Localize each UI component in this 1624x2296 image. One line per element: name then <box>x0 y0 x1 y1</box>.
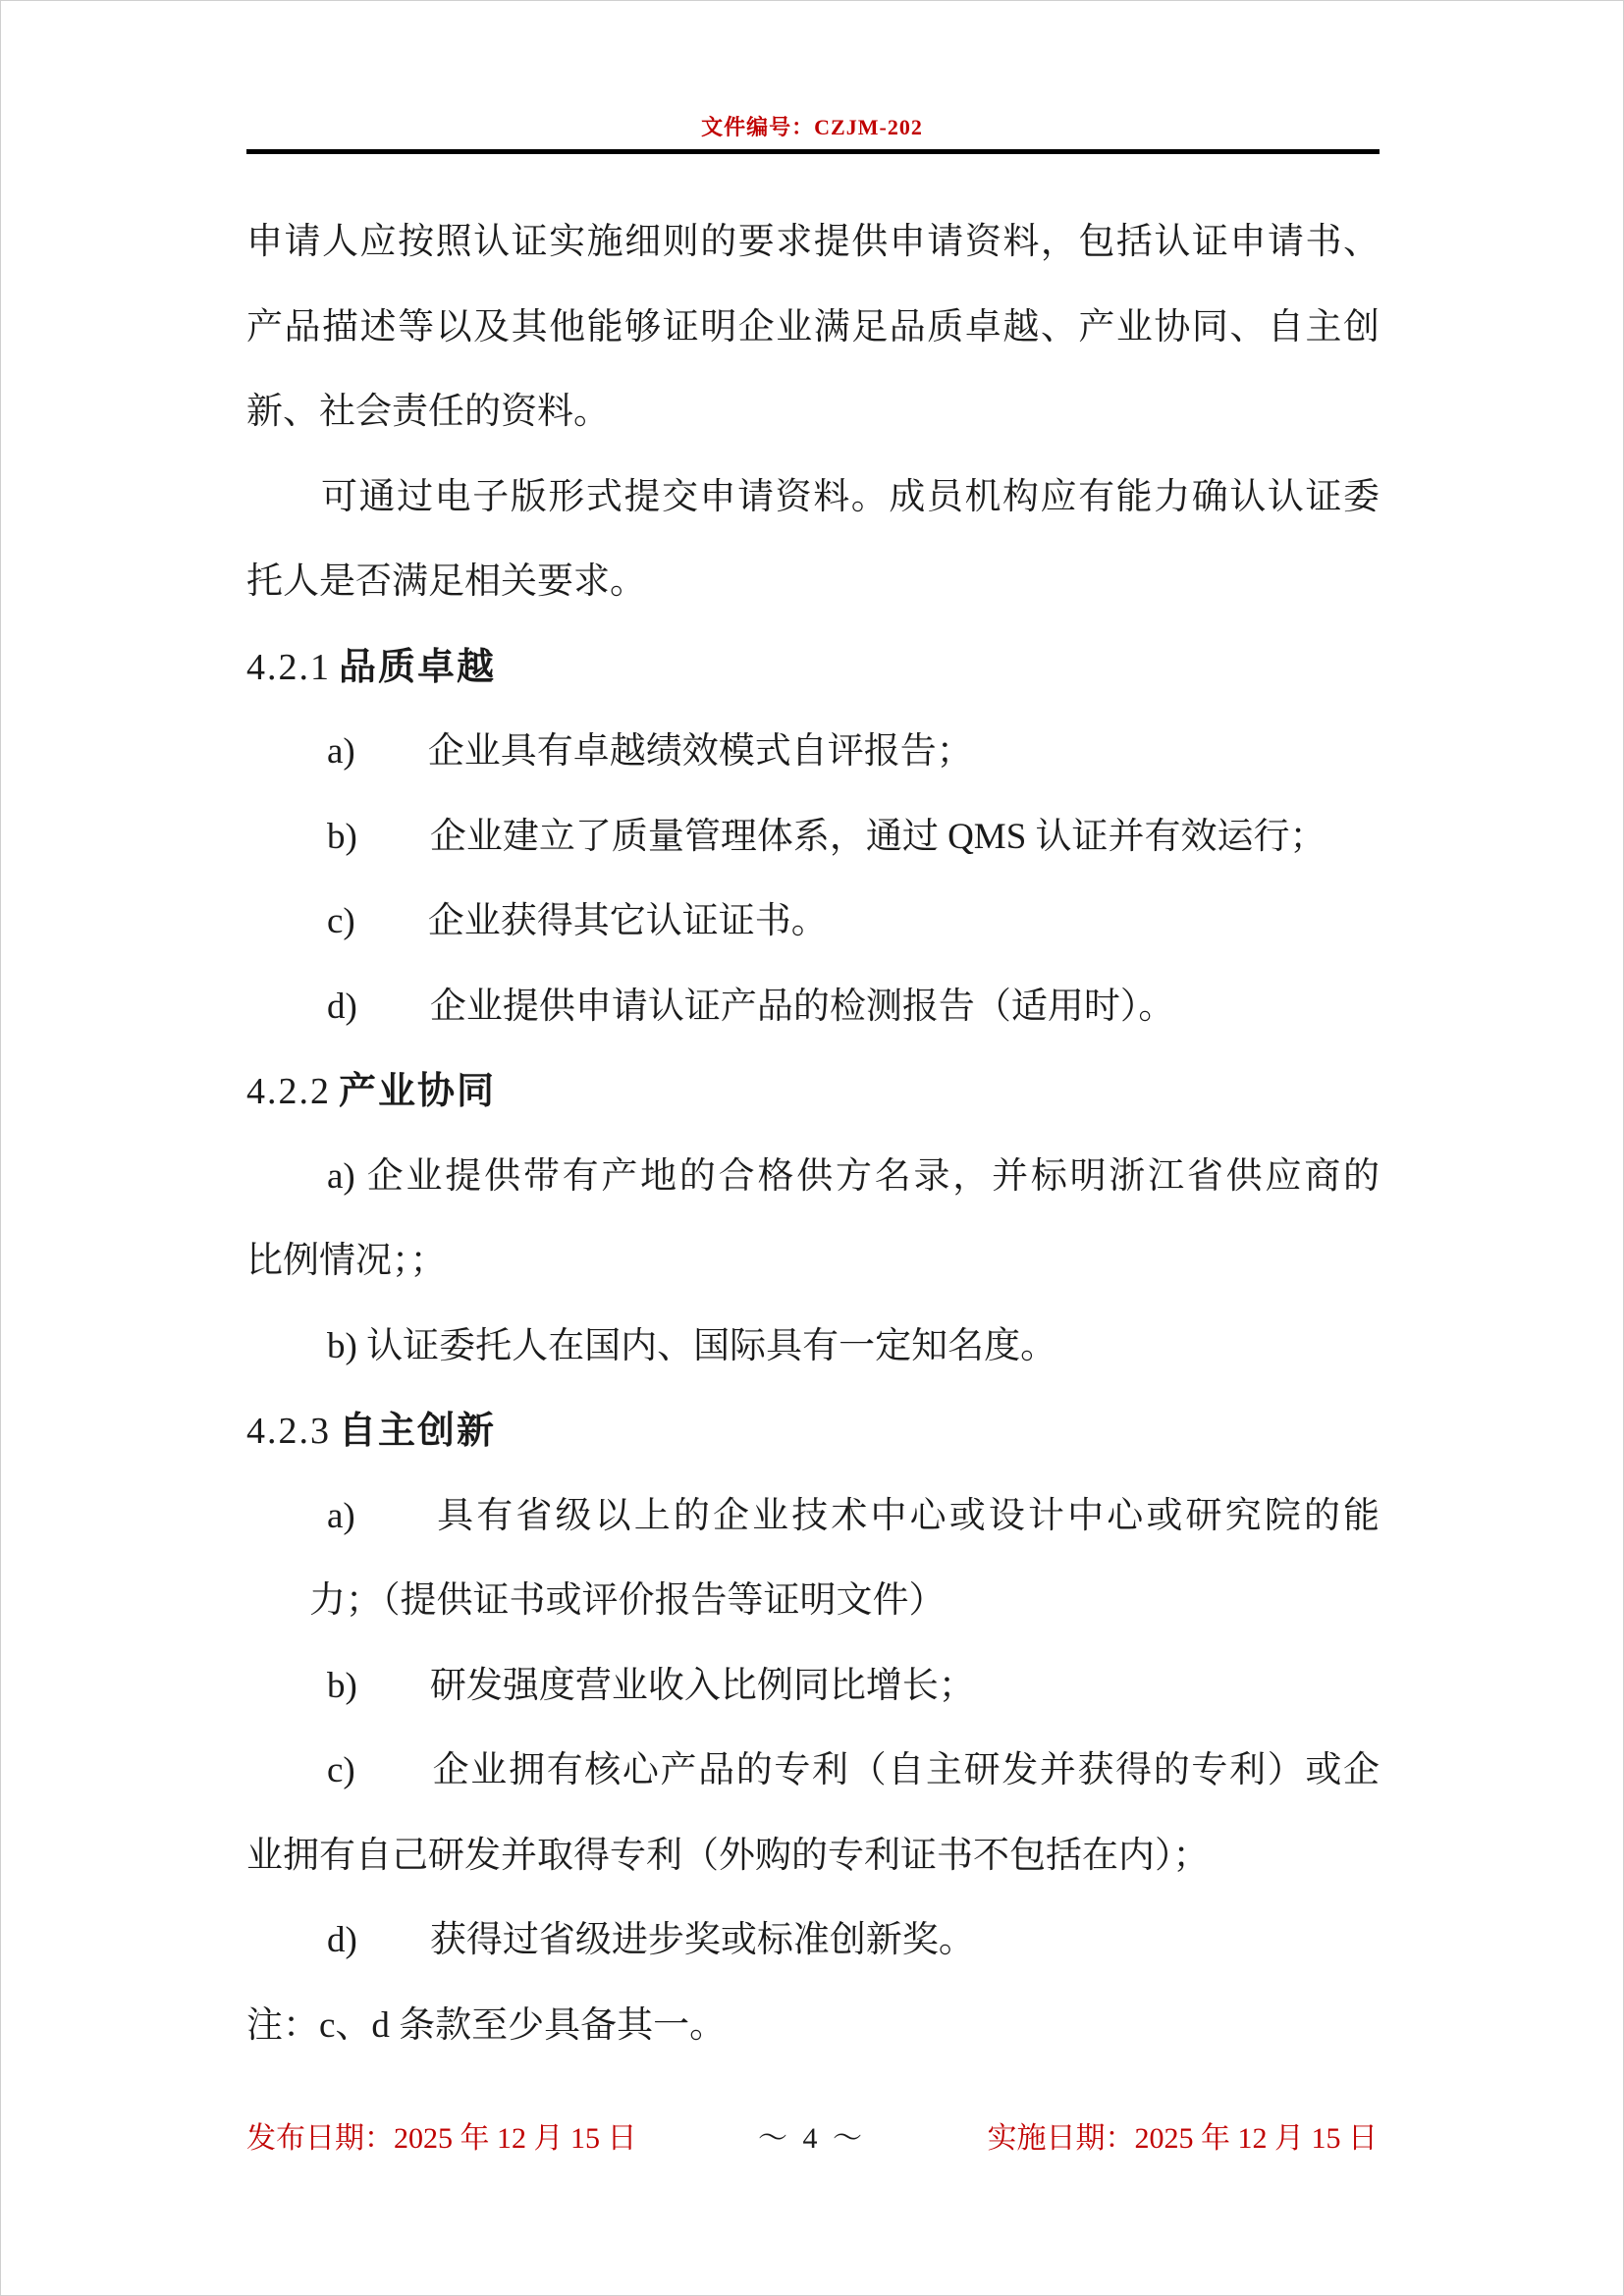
list-item-line: d) 企业提供申请认证产品的检测报告（适用时）。 <box>246 965 1380 1050</box>
heading-title: 自主创新 <box>339 1411 496 1452</box>
list-item-line: c) 企业拥有核心产品的专利（自主研发并获得的专利）或企 <box>246 1729 1380 1814</box>
paragraph-line: 产品描述等以及其他能够证明企业满足品质卓越、产业协同、自主创 <box>246 286 1380 371</box>
paragraph-line: 力；（提供证书或评价报告等证明文件） <box>246 1559 1380 1644</box>
list-item-line: c) 企业获得其它认证证书。 <box>246 880 1380 965</box>
list-item-line: b) 认证委托人在国内、国际具有一定知名度。 <box>246 1305 1380 1390</box>
header-rule <box>246 149 1380 154</box>
list-item-line: a) 具有省级以上的企业技术中心或设计中心或研究院的能 <box>246 1474 1380 1560</box>
list-item-line: d) 获得过省级进步奖或标准创新奖。 <box>246 1898 1380 1984</box>
section-heading: 4.2.3自主创新 <box>246 1389 1380 1474</box>
heading-number: 4.2.2 <box>246 1071 331 1112</box>
section-heading: 4.2.2产业协同 <box>246 1049 1380 1135</box>
list-item-line: a) 企业提供带有产地的合格供方名录，并标明浙江省供应商的 <box>246 1135 1380 1220</box>
section-heading: 4.2.1品质卓越 <box>246 625 1380 711</box>
paragraph-line: 新、社会责任的资料。 <box>246 370 1380 455</box>
heading-number: 4.2.3 <box>246 1411 331 1452</box>
document-body: 申请人应按照认证实施细则的要求提供申请资料，包括认证申请书、产品描述等以及其他能… <box>246 200 1380 2068</box>
heading-number: 4.2.1 <box>246 647 331 688</box>
document-number-header: 文件编号：CZJM-202 <box>1 111 1623 141</box>
list-item-line: a) 企业具有卓越绩效模式自评报告； <box>246 710 1380 795</box>
heading-title: 产业协同 <box>339 1071 496 1112</box>
document-page: 文件编号：CZJM-202 申请人应按照认证实施细则的要求提供申请资料，包括认证… <box>0 0 1624 2296</box>
paragraph-line: 比例情况；； <box>246 1219 1380 1305</box>
paragraph-line: 可通过电子版形式提交申请资料。成员机构应有能力确认认证委 <box>246 455 1380 541</box>
implement-date: 实施日期：2025 年 12 月 15 日 <box>988 2117 1379 2161</box>
list-item-line: b) 研发强度营业收入比例同比增长； <box>246 1644 1380 1730</box>
note-line: 注：c、d 条款至少具备其一。 <box>246 1984 1380 2069</box>
list-item-line: b) 企业建立了质量管理体系，通过 QMS 认证并有效运行； <box>246 795 1380 881</box>
document-footer: 发布日期：2025 年 12 月 15 日 ～ 4 ～ 实施日期：2025 年 … <box>1 2117 1623 2161</box>
page-number: ～ 4 ～ <box>1 2117 1623 2161</box>
paragraph-line: 托人是否满足相关要求。 <box>246 540 1380 625</box>
paragraph-line: 申请人应按照认证实施细则的要求提供申请资料，包括认证申请书、 <box>246 200 1380 286</box>
heading-title: 品质卓越 <box>339 647 496 688</box>
paragraph-line: 业拥有自己研发并取得专利（外购的专利证书不包括在内）； <box>246 1814 1380 1899</box>
